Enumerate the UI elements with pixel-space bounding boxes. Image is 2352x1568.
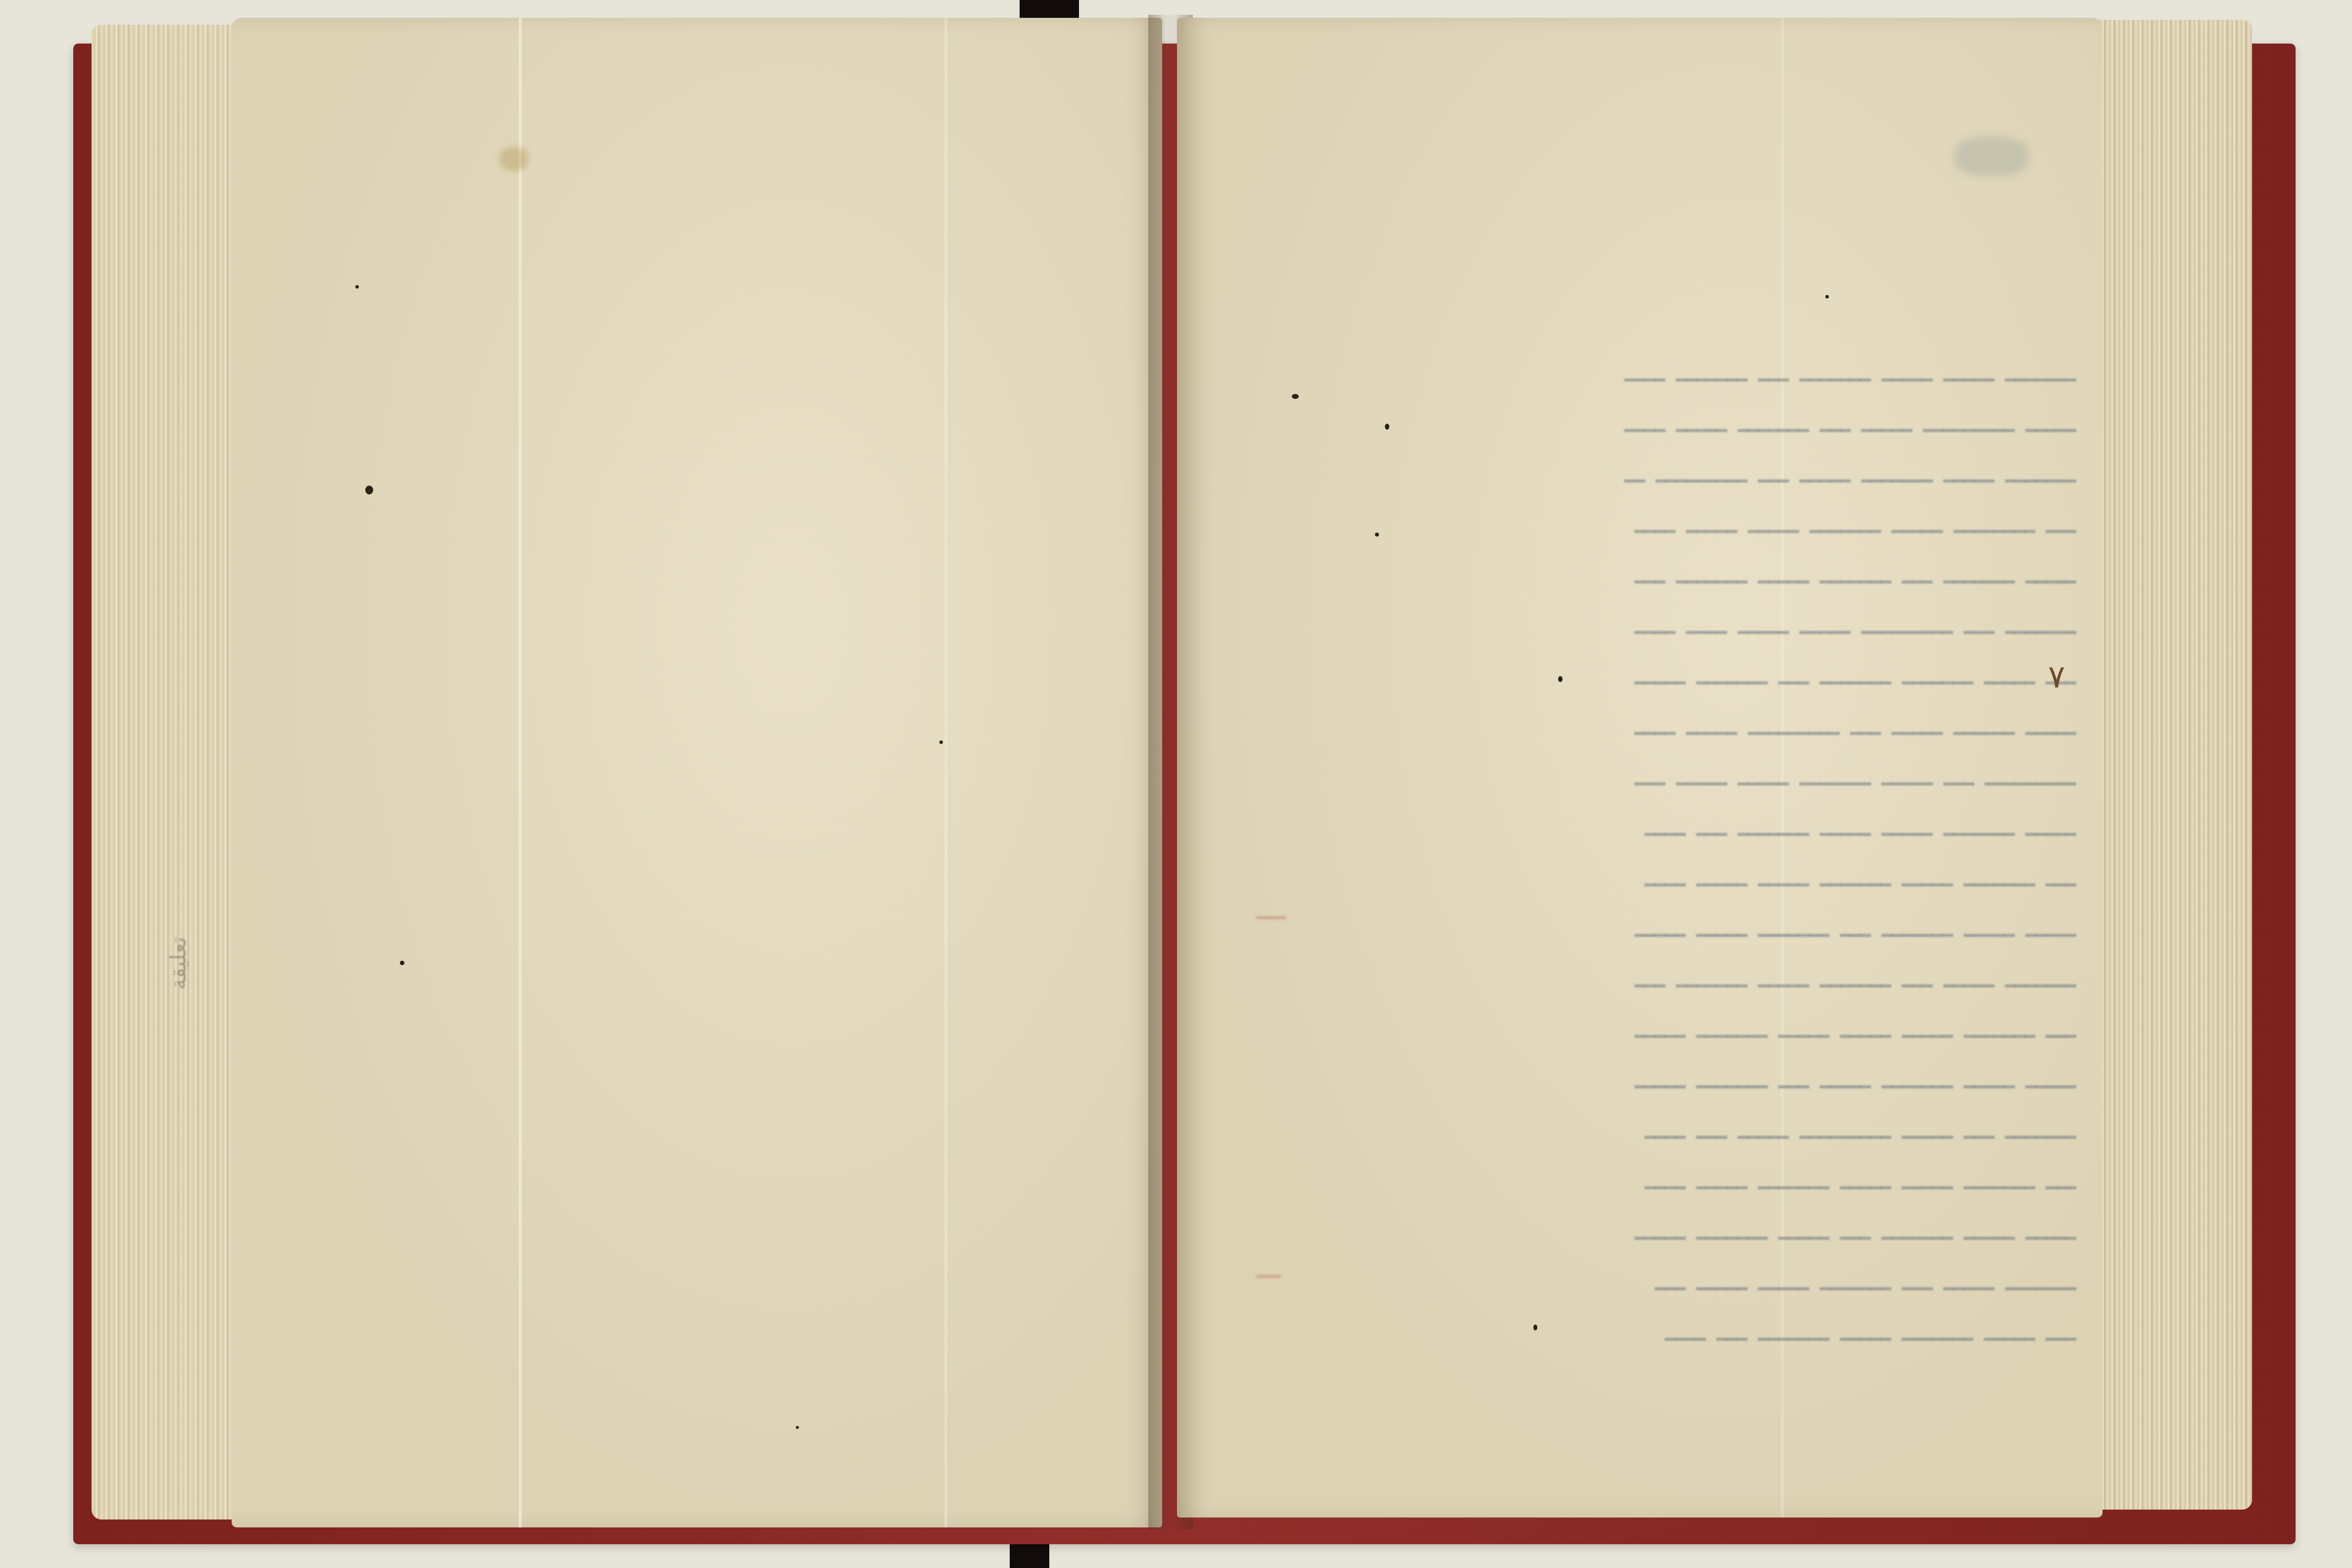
folio-number: ٧ bbox=[2048, 661, 2065, 693]
right-page-edges bbox=[2089, 20, 2252, 1510]
text-line: ـــــ ــــــ ـــــ ـــ ـــــــــ ـــــ ـ… bbox=[1245, 698, 2076, 748]
speck bbox=[1825, 295, 1829, 298]
left-page bbox=[232, 18, 1162, 1527]
rubric-mark bbox=[1256, 1275, 1281, 1278]
text-line: ـــ ـــــــ ـــــ ـــــــ ـــــ ـــــ ــ… bbox=[1245, 849, 2076, 900]
speck bbox=[355, 285, 359, 289]
speck bbox=[365, 486, 373, 494]
text-line: ـــــــ ـــ ـــــــــ ـــــ ـــــ ــــ ـ… bbox=[1245, 597, 2076, 647]
text-line: ـــــ ـــــــ ـــــ ـــــ ـــــــ ـــ ــ… bbox=[1245, 799, 2076, 849]
manuscript-text-block: ـــــــ ـــــ ـــــ ـــــــ ـــ ـــــــ … bbox=[1245, 344, 2076, 1364]
speck bbox=[939, 740, 943, 744]
left-page-edges: تعليقة bbox=[92, 25, 250, 1519]
speck bbox=[1292, 394, 1299, 399]
speck bbox=[1385, 424, 1389, 430]
speck bbox=[400, 961, 404, 965]
stain bbox=[499, 147, 529, 171]
text-line: ـــ ـــــــ ـــــ ـــــ ـــــــ ـــــ ــ… bbox=[1245, 1152, 2076, 1203]
speck bbox=[796, 1426, 799, 1429]
text-line: ـــــــ ـــــ ـــــ ـــــــ ـــ ـــــــ … bbox=[1245, 344, 2076, 395]
left-page-crease bbox=[519, 18, 522, 1527]
top-support-strip bbox=[1020, 0, 1079, 20]
text-line: ـــــــ ـــ ـــــ ـــــــــ ـــــ ـــ ــ… bbox=[1245, 1102, 2076, 1152]
text-line: ـــ ـــــ ـــــــ ـــــ ـــــــ ـــ ــــ bbox=[1245, 1304, 2076, 1354]
speck bbox=[1533, 1324, 1537, 1330]
rubric-mark bbox=[1256, 916, 1286, 919]
text-line: ـــــ ـــــــ ـــ ـــــــ ـــــ ـــــــ … bbox=[1245, 546, 2076, 597]
speck bbox=[1375, 533, 1379, 537]
right-page: ـــــــ ـــــ ـــــ ـــــــ ـــ ـــــــ … bbox=[1177, 18, 2103, 1518]
text-line: ـــ ـــــــ ـــــ ـــــ ـــــ ـــــــ ــ… bbox=[1245, 1001, 2076, 1051]
text-line: ـــــ ـــــ ـــــــ ـــ ـــــــ ـــــ ــ… bbox=[1245, 900, 2076, 950]
text-line: ـــــ ـــــ ـــــــ ـــ ـــــ ـــــــ ــ… bbox=[1245, 1203, 2076, 1253]
text-line: ـــــ ـــــــــ ـــــ ـــ ـــــــ ـــــ … bbox=[1245, 395, 2076, 445]
left-page-crease-2 bbox=[944, 18, 947, 1527]
faint-stamp bbox=[1954, 137, 2028, 176]
text-line: ـــ ـــــ ـــــــ ـــــــ ـــ ـــــــ ــ… bbox=[1245, 647, 2076, 698]
text-line: ـــــــ ـــــ ـــــــ ـــــ ـــ ــــــــ… bbox=[1245, 445, 2076, 496]
text-line: ـــ ــــــــ ـــــ ـــــــ ـــــ ـــــ ـ… bbox=[1245, 496, 2076, 546]
text-line: ـــــــ ـــــ ـــ ـــــــ ـــــ ـــــــ … bbox=[1245, 950, 2076, 1001]
speck bbox=[1558, 676, 1563, 682]
text-line: ـــــــــ ـــ ـــــ ـــــــ ـــــ ـــــ … bbox=[1245, 748, 2076, 799]
text-line: ـــــــ ـــــ ـــ ـــــــ ـــــ ـــــ ــ… bbox=[1245, 1253, 2076, 1304]
text-line: ـــــ ـــــ ـــــــ ـــــ ـــ ـــــــ ــ… bbox=[1245, 1051, 2076, 1102]
left-marginalia: تعليقة bbox=[166, 594, 191, 990]
